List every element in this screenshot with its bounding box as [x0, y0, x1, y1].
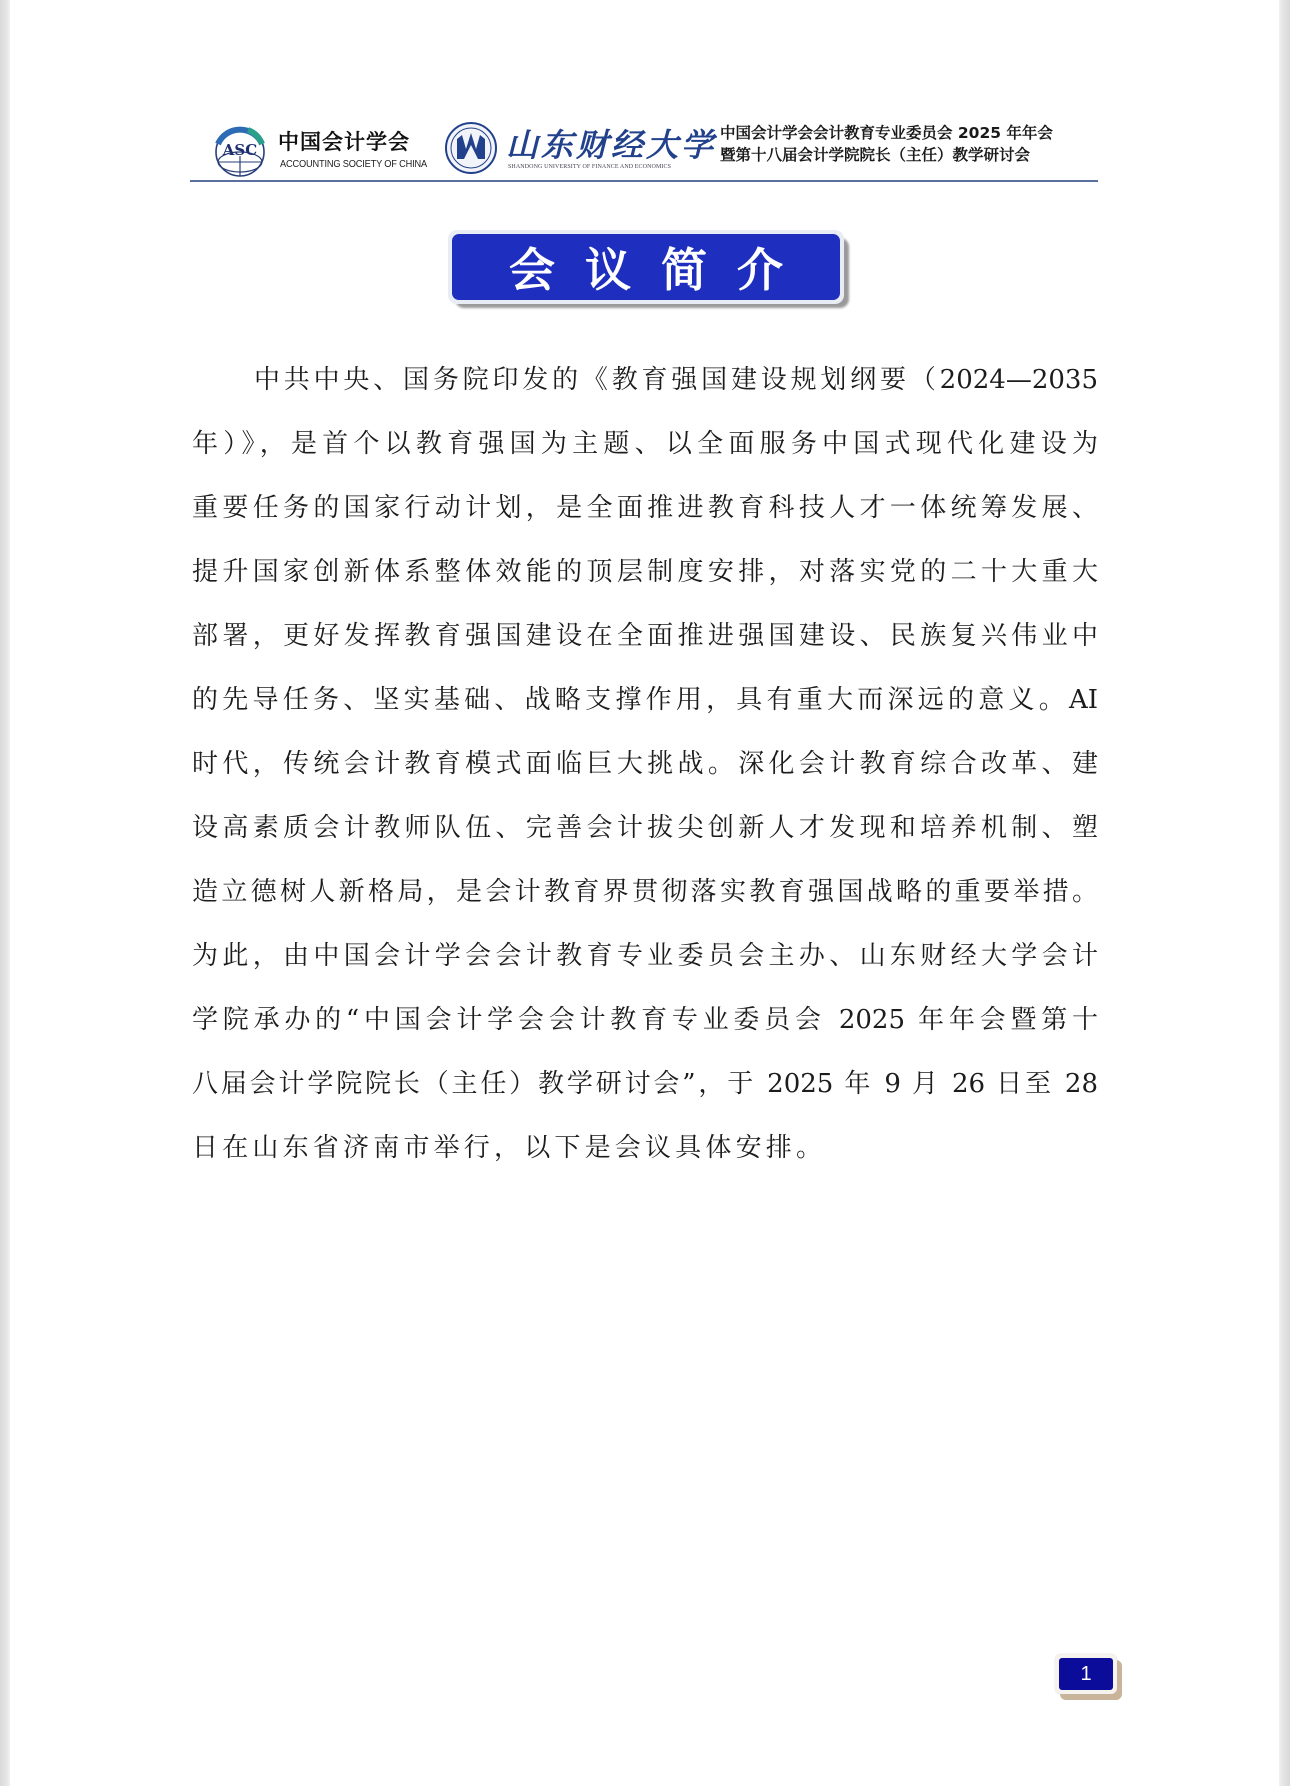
university-name-cn: 山东财经大学: [506, 120, 716, 166]
university-name-en: SHANDONG UNIVERSITY OF FINANCE AND ECONO…: [508, 164, 671, 170]
intro-paragraph: 中共中央、国务院印发的《教育强国建设规划纲要（2024—2035 年）》，是首个…: [192, 348, 1098, 1180]
asc-name-en: ACCOUNTING SOCIETY OF CHINA: [280, 158, 427, 170]
section-title: 会议简介: [509, 234, 813, 300]
paragraph-line: 重要任务的国家行动计划，是全面推进教育科技人才一体统筹发展、: [192, 476, 1098, 540]
paragraph-line: 设高素质会计教师队伍、完善会计拔尖创新人才发现和培养机制、塑: [192, 796, 1098, 860]
paragraph-line: 日在山东省济南市举行，以下是会议具体安排。: [192, 1116, 1098, 1180]
paragraph-line: 时代，传统会计教育模式面临巨大挑战。深化会计教育综合改革、建: [192, 732, 1098, 796]
paragraph-line: 提升国家创新体系整体效能的顶层制度安排，对落实党的二十大重大: [192, 540, 1098, 604]
page-edge-right: [1279, 0, 1290, 1786]
conference-title: 中国会计学会会计教育专业委员会 2025 年年会 暨第十八届会计学院院长（主任）…: [720, 122, 1053, 166]
page-number: 1: [1059, 1658, 1113, 1690]
paragraph-line: 年）》，是首个以教育强国为主题、以全面服务中国式现代化建设为: [192, 412, 1098, 476]
page-number-badge: 1: [1055, 1654, 1117, 1694]
paragraph-line: 的先导任务、坚实基础、战略支撑作用，具有重大而深远的意义。AI: [192, 668, 1098, 732]
document-header: ASC 中国会计学会 ACCOUNTING SOCIETY OF CHINA 山…: [190, 112, 1098, 182]
section-title-banner: 会议简介: [448, 230, 844, 304]
banner-fill: 会议简介: [452, 234, 840, 300]
paragraph-line: 八届会计学院院长（主任）教学研讨会”，于 2025 年 9 月 26 日至 28: [192, 1052, 1098, 1116]
paragraph-line: 部署，更好发挥教育强国建设在全面推进强国建设、民族复兴伟业中: [192, 604, 1098, 668]
header-divider: [190, 180, 1098, 182]
asc-logo-icon: ASC: [212, 122, 268, 178]
page-edge-left: [0, 0, 10, 1786]
paragraph-line: 中共中央、国务院印发的《教育强国建设规划纲要（2024—2035: [192, 348, 1098, 412]
paragraph-line: 学院承办的“中国会计学会会计教育专业委员会 2025 年年会暨第十: [192, 988, 1098, 1052]
conference-title-line1: 中国会计学会会计教育专业委员会 2025 年年会: [720, 122, 1053, 144]
paragraph-line: 造立德树人新格局，是会计教育界贯彻落实教育强国战略的重要举措。: [192, 860, 1098, 924]
university-emblem-icon: [444, 121, 498, 175]
paragraph-line: 为此，由中国会计学会会计教育专业委员会主办、山东财经大学会计: [192, 924, 1098, 988]
asc-name-cn: 中国会计学会: [278, 126, 410, 156]
svg-text:ASC: ASC: [222, 141, 257, 159]
conference-title-line2: 暨第十八届会计学院院长（主任）教学研讨会: [720, 144, 1053, 166]
